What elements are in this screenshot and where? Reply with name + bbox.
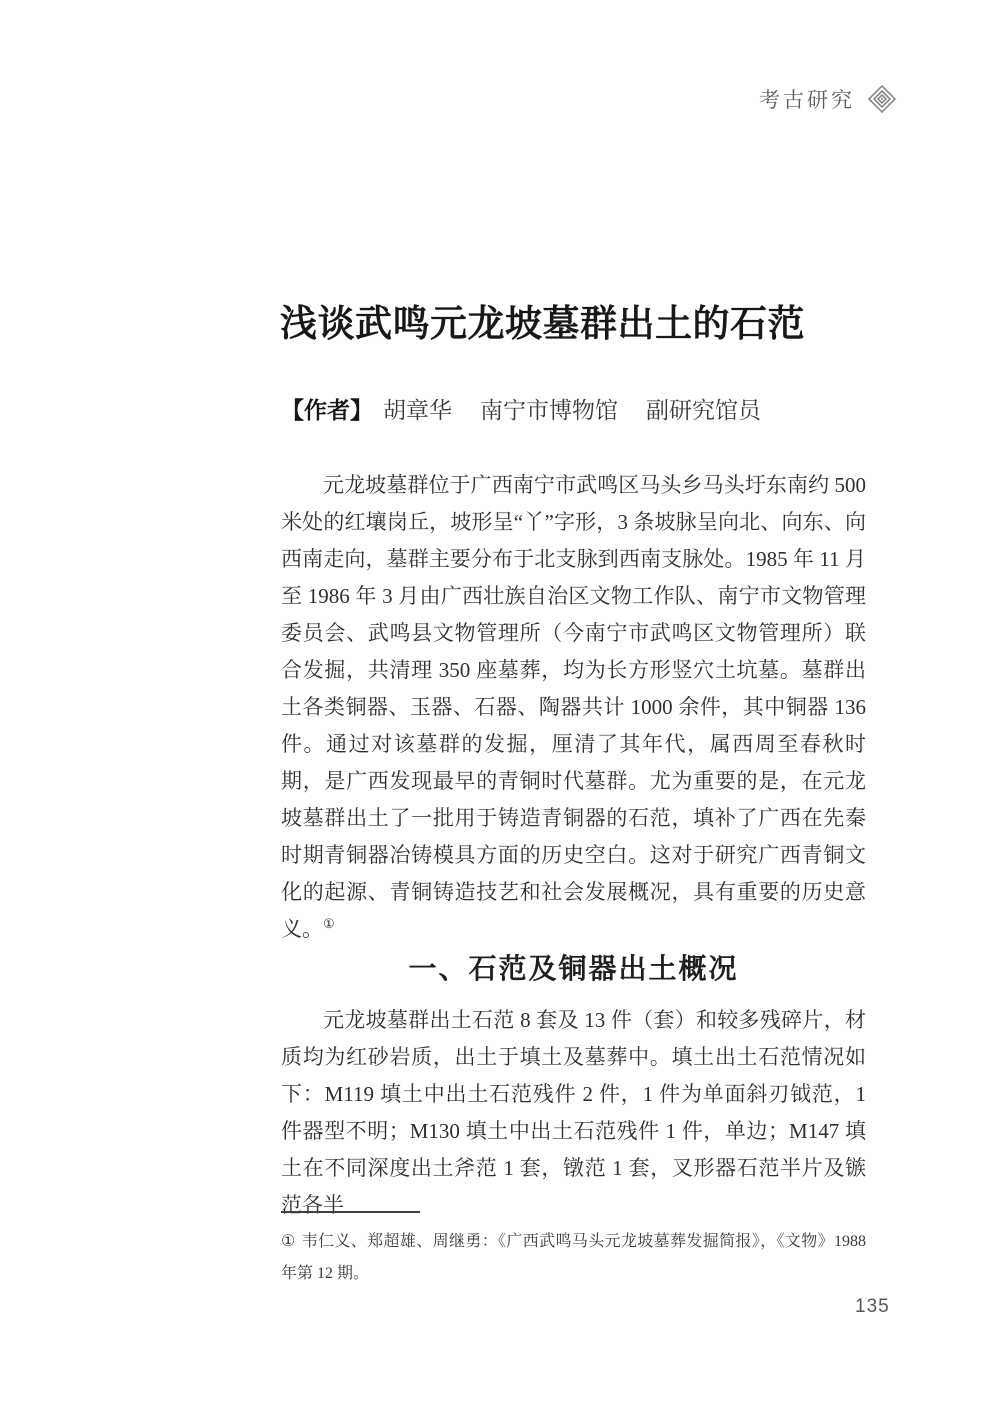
author-line: 【作者】胡章华南宁市博物馆副研究馆员 xyxy=(281,392,761,425)
article-title: 浅谈武鸣元龙坡墓群出土的石范 xyxy=(280,293,880,347)
footnote-text: 韦仁义、郑超雄、周继勇：《广西武鸣马头元龙坡墓葬发掘简报》，《文物》1988 年… xyxy=(281,1233,866,1282)
author-job-title: 副研究馆员 xyxy=(646,398,761,423)
author-affiliation: 南宁市博物馆 xyxy=(480,398,618,423)
section-heading: 一、石范及铜器出土概况 xyxy=(281,947,866,987)
author-label: 【作者】 xyxy=(281,397,373,423)
journal-section-label: 考古研究 xyxy=(759,84,855,114)
footnote-reference-mark: ① xyxy=(323,916,335,931)
section-paragraph: 元龙坡墓群出土石范 8 套及 13 件（套）和较多残碎片，材质均为红砂岩质，出土… xyxy=(281,1002,866,1224)
journal-page: 考古研究 浅谈武鸣元龙坡墓群出土的石范 【作者】胡章华南宁市博物馆副研究馆员 元… xyxy=(0,0,1000,1415)
running-head: 考古研究 xyxy=(759,84,897,114)
footnote-marker: ① xyxy=(281,1233,296,1250)
nested-diamond-icon xyxy=(867,84,897,114)
intro-paragraph-text: 元龙坡墓群位于广西南宁市武鸣区马头乡马头圩东南约 500 米处的红壤岗丘，坡形呈… xyxy=(281,473,866,941)
footnote-separator-rule xyxy=(281,1211,420,1213)
intro-paragraph: 元龙坡墓群位于广西南宁市武鸣区马头乡马头圩东南约 500 米处的红壤岗丘，坡形呈… xyxy=(281,467,866,948)
page-number: 135 xyxy=(855,1296,890,1318)
author-name: 胡章华 xyxy=(383,398,452,423)
footnote: ①韦仁义、郑超雄、周继勇：《广西武鸣马头元龙坡墓葬发掘简报》，《文物》1988 … xyxy=(281,1226,866,1290)
